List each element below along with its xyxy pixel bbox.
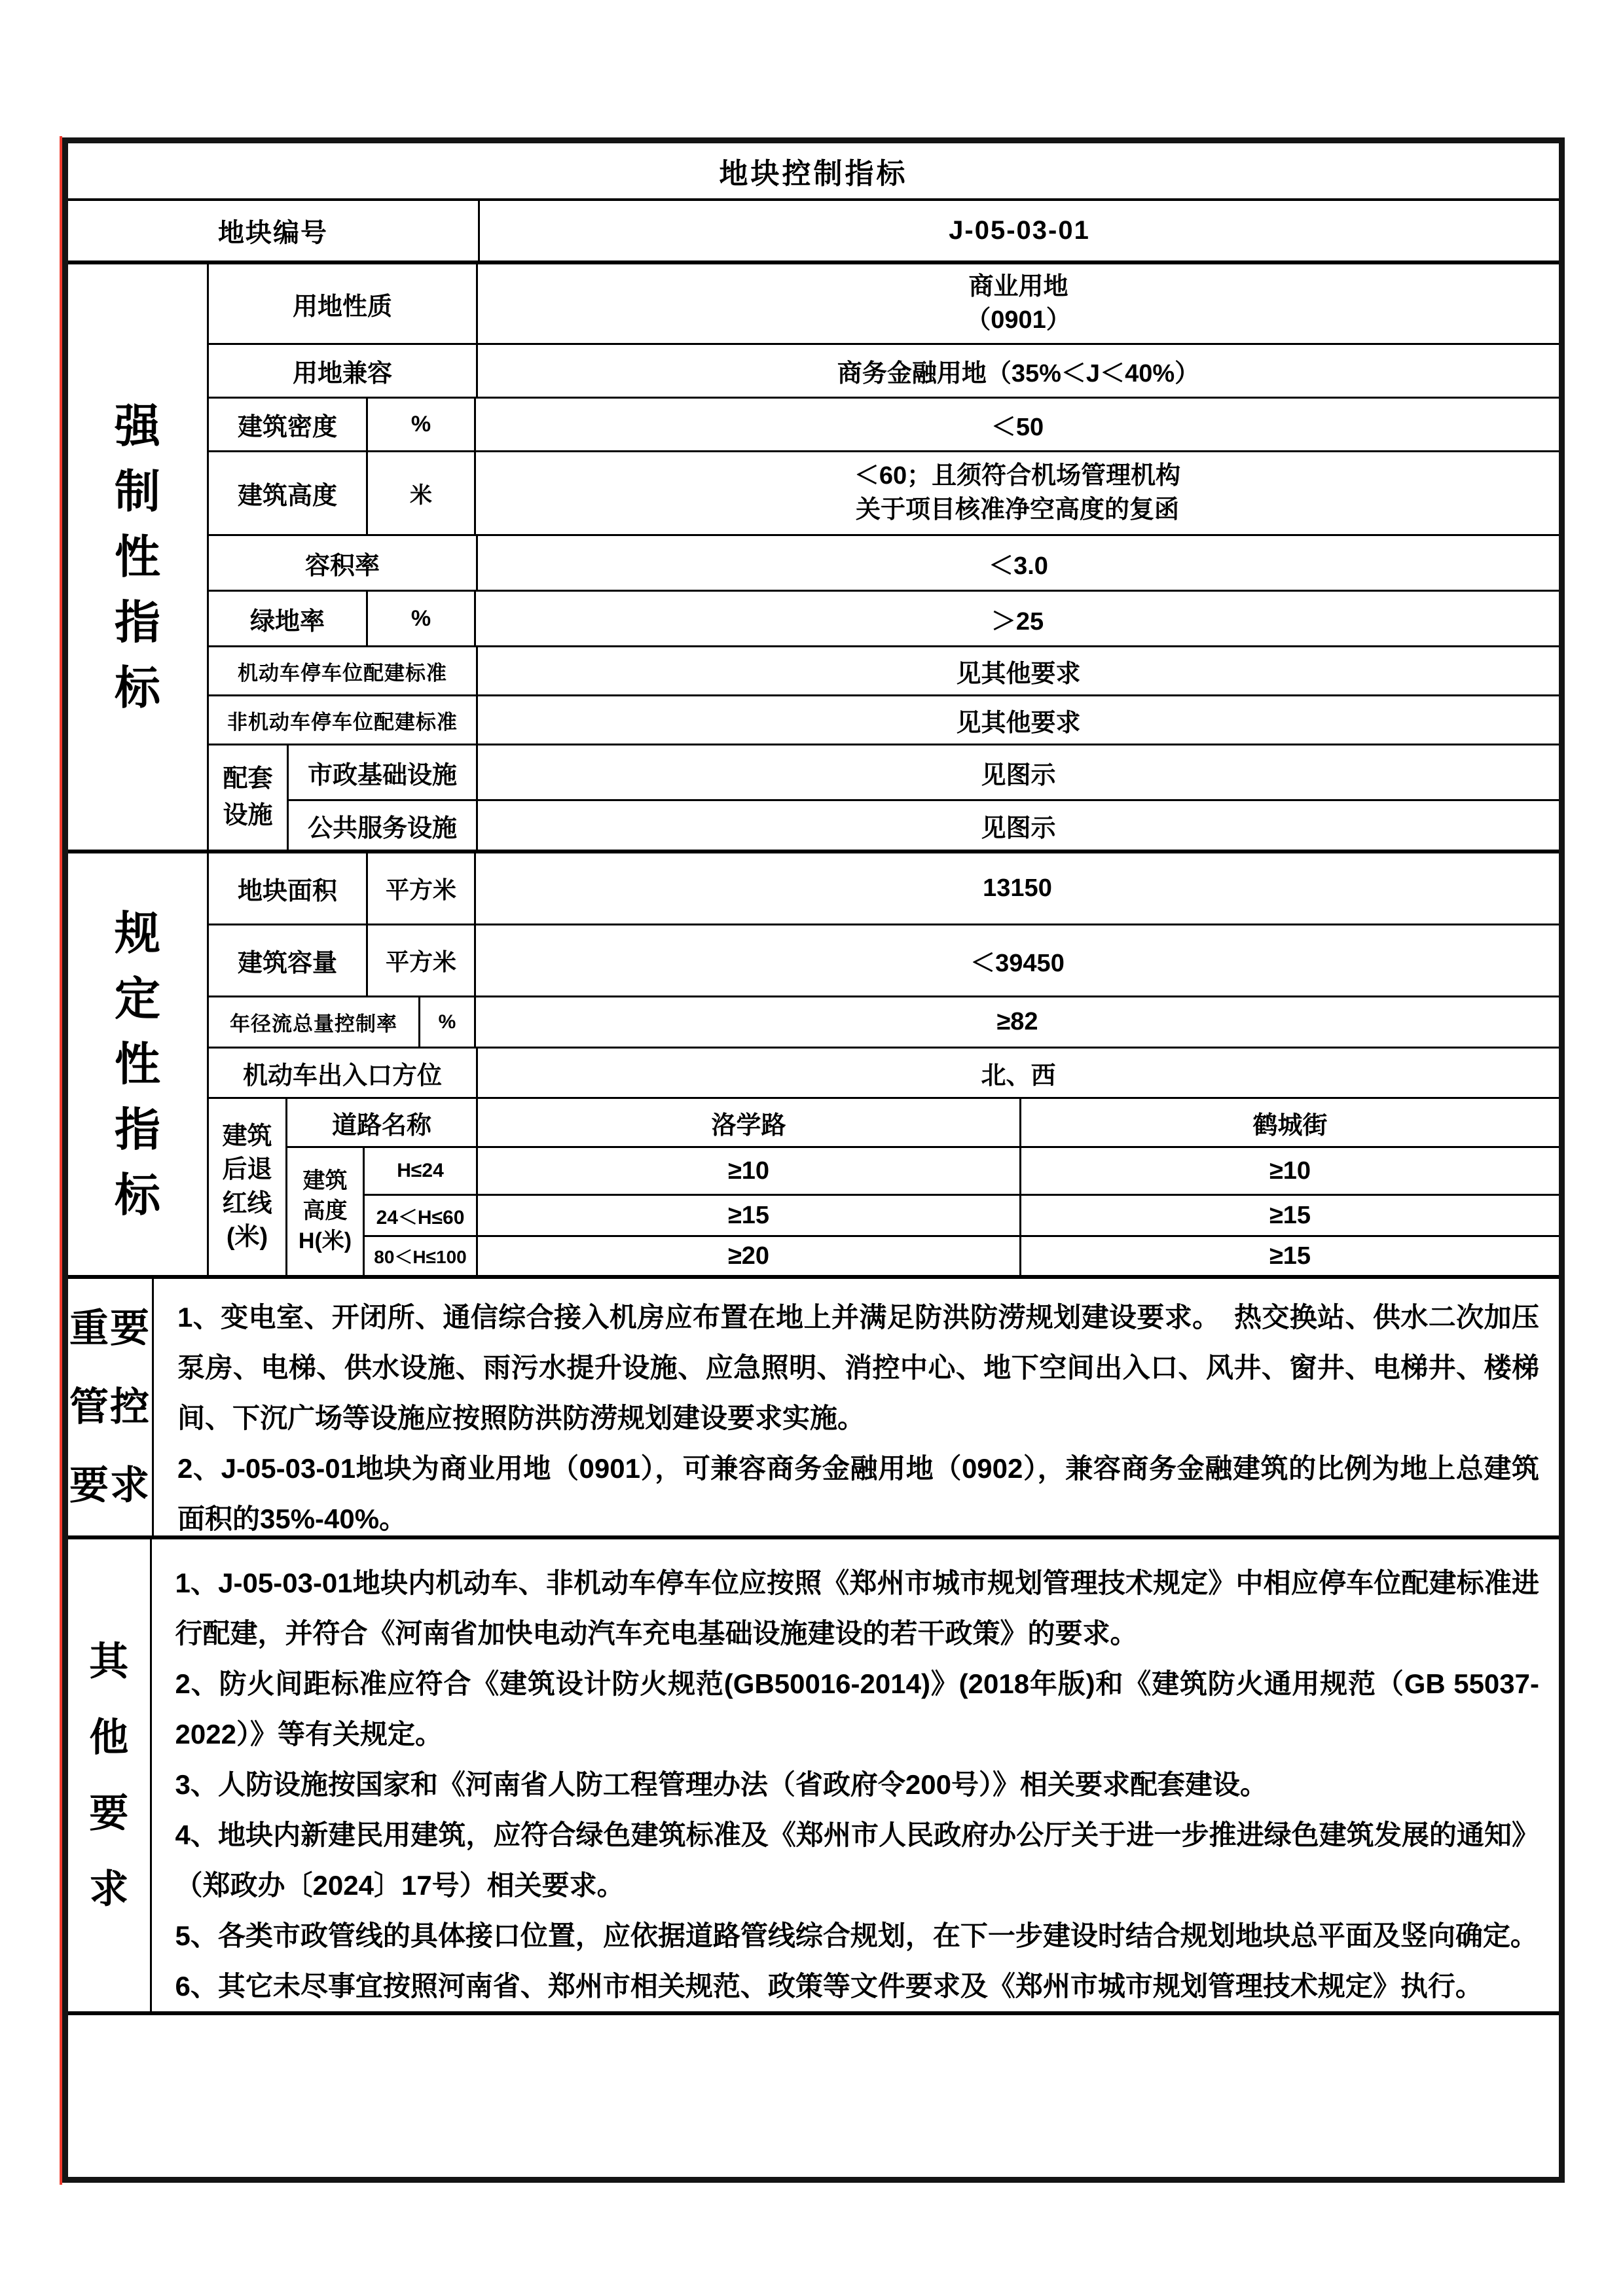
plot-control-indicator-table: 地块控制指标 地块编号 J-05-03-01 强制性指标 用地性质 商业用地 （…: [62, 137, 1565, 2183]
plot-area-value: 13150: [476, 853, 1559, 924]
h24-road1-value: ≥10: [478, 1148, 1021, 1194]
row-runoff-control: 年径流总量控制率 % ≥82: [209, 997, 1559, 1049]
runoff-label: 年径流总量控制率: [209, 997, 420, 1047]
far-label: 容积率: [209, 536, 478, 590]
runoff-unit: %: [420, 997, 476, 1047]
plot-number-label: 地块编号: [68, 201, 480, 260]
road-name-1: 洛学路: [478, 1099, 1021, 1146]
key-control-item-2: 2、J-05-03-01地块为商业用地（0901），可兼容商务金融用地（0902…: [177, 1443, 1539, 1544]
setback-label-line4: (米): [227, 1221, 268, 1254]
setback-label: 建筑 后退 红线 (米): [209, 1099, 287, 1275]
page: { "title": "地块控制指标", "plot": { "label": …: [0, 0, 1623, 2296]
density-label: 建筑密度: [209, 399, 368, 450]
setback-label-line3: 红线: [222, 1187, 272, 1221]
other-item-4: 4、地块内新建民用建筑，应符合绿色建筑标准及《郑州市人民政府办公厅关于进一步推进…: [175, 1810, 1539, 1910]
nonmotor-parking-value: 见其他要求: [478, 696, 1559, 744]
section-header-mandatory: 强制性指标: [68, 264, 209, 850]
other-requirements-text: 1、J-05-03-01地块内机动车、非机动车停车位应按照《郑州市城市规划管理技…: [152, 1539, 1559, 2011]
row-support-facilities: 配套设施 市政基础设施 见图示 公共服务设施 见图示: [209, 745, 1559, 850]
land-use-value: 商业用地 （0901）: [478, 264, 1559, 343]
row-building-height: 建筑高度 米 ＜60；且须符合机场管理机构 关于项目核准净空高度的复函: [209, 452, 1559, 536]
setback-range-rows: H≤24 ≥10 ≥10 24＜H≤60 ≥15 ≥15 80＜H≤100: [365, 1148, 1559, 1275]
row-plot-area: 地块面积 平方米 13150: [209, 853, 1559, 925]
height-value-line1: ＜60；且须符合机场管理机构: [854, 459, 1180, 493]
height-value-line2: 关于项目核准净空高度的复函: [856, 493, 1179, 527]
section-key-control: 重要管控要求 1、变电室、开闭所、通信综合接入机房应布置在地上并满足防洪防涝规划…: [68, 1279, 1559, 1539]
other-item-3: 3、人防设施按国家和《河南省人防工程管理办法（省政府令200号）》相关要求配套建…: [175, 1759, 1539, 1810]
range-24-60: 24＜H≤60: [365, 1196, 478, 1235]
h24-road2-value: ≥10: [1021, 1148, 1559, 1194]
municipal-label: 市政基础设施: [289, 745, 478, 799]
section-regulatory-indicators: 规定性指标 地块面积 平方米 13150 建筑容量 平方米 ＜39450 年径流…: [68, 853, 1559, 1279]
setback-block: 建筑 后退 红线 (米) 道路名称 洛学路 鹤城街 建筑 高度: [209, 1099, 1559, 1275]
vehicle-access-value: 北、西: [478, 1049, 1559, 1097]
24-60-road1-value: ≥15: [478, 1196, 1021, 1235]
plot-number-row: 地块编号 J-05-03-01: [68, 201, 1559, 264]
section-other-requirements: 其他要求 1、J-05-03-01地块内机动车、非机动车停车位应按照《郑州市城市…: [68, 1539, 1559, 2015]
row-land-use: 用地性质 商业用地 （0901）: [209, 264, 1559, 345]
other-item-6: 6、其它未尽事宜按照河南省、郑州市相关规范、政策等文件要求及《郑州市城市规划管理…: [175, 1961, 1539, 2011]
regulatory-rows: 地块面积 平方米 13150 建筑容量 平方米 ＜39450 年径流总量控制率 …: [209, 853, 1559, 1275]
row-motor-parking: 机动车停车位配建标准 见其他要求: [209, 647, 1559, 696]
other-item-1: 1、J-05-03-01地块内机动车、非机动车停车位应按照《郑州市城市规划管理技…: [175, 1558, 1539, 1659]
road-name-2: 鹤城街: [1021, 1099, 1559, 1146]
setback-label-line1: 建筑: [222, 1120, 272, 1153]
setback-row-h24: H≤24 ≥10 ≥10: [365, 1148, 1559, 1196]
motor-parking-value: 见其他要求: [478, 647, 1559, 694]
vehicle-access-label: 机动车出入口方位: [209, 1049, 478, 1097]
land-use-value-line2: （0901）: [966, 304, 1071, 337]
range-h24: H≤24: [365, 1148, 478, 1194]
row-municipal-facilities: 市政基础设施 见图示: [289, 745, 1559, 801]
building-capacity-value: ＜39450: [476, 925, 1559, 996]
compatible-label: 用地兼容: [209, 345, 478, 397]
other-item-5: 5、各类市政管线的具体接口位置，应依据道路管线综合规划，在下一步建设时结合规划地…: [175, 1910, 1539, 1961]
height-label: 建筑高度: [209, 452, 368, 534]
far-value: ＜3.0: [478, 536, 1559, 590]
density-value: ＜50: [476, 399, 1559, 450]
row-far: 容积率 ＜3.0: [209, 536, 1559, 592]
key-control-item-1: 1、变电室、开闭所、通信综合接入机房应布置在地上并满足防洪防涝规划建设要求。 热…: [177, 1292, 1539, 1443]
runoff-value: ≥82: [476, 997, 1559, 1047]
support-label: 配套设施: [209, 745, 289, 850]
plot-area-label: 地块面积: [209, 853, 368, 924]
land-use-label: 用地性质: [209, 264, 478, 343]
page-title: 地块控制指标: [68, 143, 1559, 198]
section-mandatory-indicators: 强制性指标 用地性质 商业用地 （0901） 用地兼容 商务金融用地（35%＜J…: [68, 264, 1559, 853]
row-building-density: 建筑密度 % ＜50: [209, 399, 1559, 452]
land-use-value-line1: 商业用地: [968, 270, 1068, 304]
setback-label-line2: 后退: [222, 1153, 272, 1187]
setback-height-rows: 建筑 高度 H(米) H≤24 ≥10 ≥10 24＜H≤60: [287, 1148, 1559, 1275]
road-name-row: 道路名称 洛学路 鹤城街: [287, 1099, 1559, 1148]
nonmotor-parking-label: 非机动车停车位配建标准: [209, 696, 478, 744]
section-header-other: 其他要求: [68, 1539, 152, 2011]
mandatory-rows: 用地性质 商业用地 （0901） 用地兼容 商务金融用地（35%＜J＜40%） …: [209, 264, 1559, 850]
compatible-value: 商务金融用地（35%＜J＜40%）: [478, 345, 1559, 397]
80-100-road2-value: ≥15: [1021, 1237, 1559, 1275]
green-rate-unit: %: [368, 592, 476, 645]
setback-table: 道路名称 洛学路 鹤城街 建筑 高度 H(米) H≤24: [287, 1099, 1559, 1275]
public-service-value: 见图示: [478, 801, 1559, 850]
building-capacity-label: 建筑容量: [209, 925, 368, 996]
range-80-100: 80＜H≤100: [365, 1237, 478, 1275]
setback-row-80-100: 80＜H≤100 ≥20 ≥15: [365, 1237, 1559, 1275]
plot-number-value: J-05-03-01: [480, 201, 1559, 260]
road-name-header: 道路名称: [287, 1099, 478, 1146]
public-service-label: 公共服务设施: [289, 801, 478, 850]
row-green-rate: 绿地率 % ＞25: [209, 592, 1559, 647]
other-item-2: 2、防火间距标准应符合《建筑设计防火规范(GB50016-2014)》(2018…: [175, 1659, 1539, 1759]
row-nonmotor-parking: 非机动车停车位配建标准 见其他要求: [209, 696, 1559, 745]
section-header-regulatory: 规定性指标: [68, 853, 209, 1275]
density-unit: %: [368, 399, 476, 450]
plot-area-unit: 平方米: [368, 853, 476, 924]
height-unit: 米: [368, 452, 476, 534]
municipal-value: 见图示: [478, 745, 1559, 799]
table-title-row: 地块控制指标: [68, 143, 1559, 201]
24-60-road2-value: ≥15: [1021, 1196, 1559, 1235]
key-control-text: 1、变电室、开闭所、通信综合接入机房应布置在地上并满足防洪防涝规划建设要求。 热…: [154, 1279, 1559, 1535]
support-subrows: 市政基础设施 见图示 公共服务设施 见图示: [289, 745, 1559, 850]
row-public-service-facilities: 公共服务设施 见图示: [289, 801, 1559, 850]
section-header-key-control: 重要管控要求: [68, 1279, 154, 1535]
green-rate-value: ＞25: [476, 592, 1559, 645]
height-value: ＜60；且须符合机场管理机构 关于项目核准净空高度的复函: [476, 452, 1559, 534]
building-capacity-unit: 平方米: [368, 925, 476, 996]
green-rate-label: 绿地率: [209, 592, 368, 645]
building-height-h-label: 建筑 高度 H(米): [287, 1148, 365, 1275]
motor-parking-label: 机动车停车位配建标准: [209, 647, 478, 694]
80-100-road1-value: ≥20: [478, 1237, 1021, 1275]
row-compatible-use: 用地兼容 商务金融用地（35%＜J＜40%）: [209, 345, 1559, 399]
row-vehicle-access: 机动车出入口方位 北、西: [209, 1049, 1559, 1099]
setback-row-24-60: 24＜H≤60 ≥15 ≥15: [365, 1196, 1559, 1237]
row-building-capacity: 建筑容量 平方米 ＜39450: [209, 925, 1559, 997]
